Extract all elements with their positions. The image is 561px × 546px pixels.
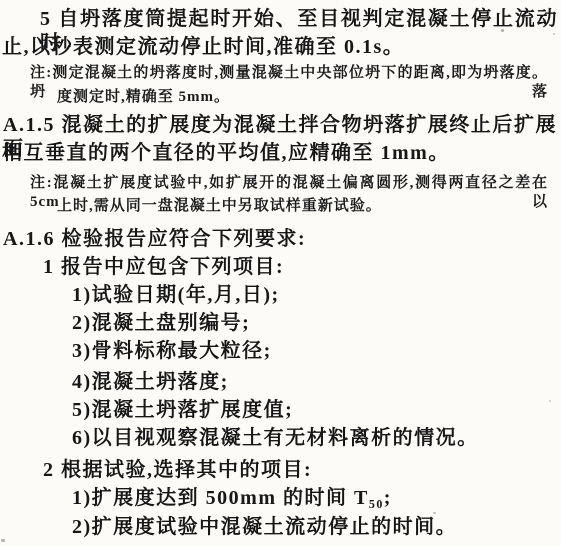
- scan-noise-dot: [433, 512, 436, 514]
- report-item-2: 2)混凝土盘别编号;: [72, 311, 250, 335]
- section-a15-line-2: 相互垂直的两个直径的平均值,应精确至 1mm。: [2, 141, 450, 165]
- report-item-4: 4)混凝土坍落度;: [72, 370, 229, 394]
- report-items-intro: 1 报告中应包含下列项目:: [43, 255, 284, 279]
- optional-item-1: 1)扩展度达到 500mm 的时间 T₅₀;: [72, 486, 392, 510]
- clause-5-line-2: 止,以秒表测定流动停止时间,准确至 0.1s。: [2, 35, 404, 59]
- report-item-6: 6)以目视观察混凝土有无材料离析的情况。: [72, 426, 479, 450]
- report-item-3: 3)骨料标称最大粒径;: [72, 339, 272, 363]
- spread-note-line-2: 上时,需从同一盘混凝土中另取试样重新试验。: [57, 197, 382, 216]
- scanned-document-page: 5 自坍落度筒提起时开始、至目视判定混凝土停止流动时 止,以秒表测定流动停止时间…: [0, 0, 561, 546]
- slump-note-line-2: 度测定时,精确至 5mm。: [57, 88, 230, 107]
- optional-item-2: 2)扩展度试验中混凝土流动停止的时间。: [72, 515, 457, 539]
- scan-noise-dot: [549, 400, 551, 402]
- report-item-5: 5)混凝土坍落扩展度值;: [72, 398, 293, 422]
- optional-items-intro: 2 根据试验,选择其中的项目:: [43, 458, 312, 482]
- scan-noise-dot: [501, 29, 504, 32]
- scan-noise-dot: [1, 539, 5, 542]
- scan-noise-dot: [553, 33, 555, 35]
- report-item-1: 1)试验日期(年,月,日);: [72, 283, 280, 307]
- section-a16-heading: A.1.6 检验报告应符合下列要求:: [3, 227, 306, 251]
